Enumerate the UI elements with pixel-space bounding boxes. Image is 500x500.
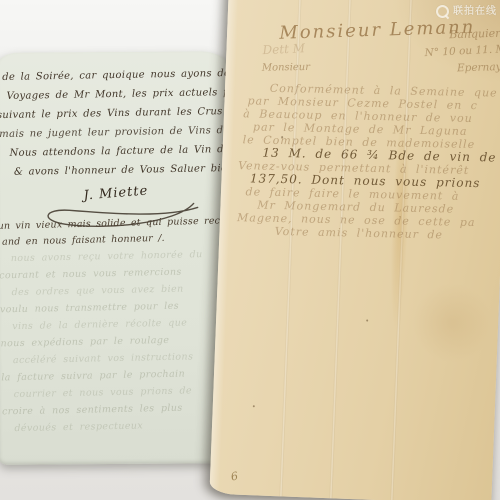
recipient-title: Banquier bbox=[449, 27, 500, 42]
left-letter-postscript: un vin vieux mais solide et qui puisse r… bbox=[0, 213, 233, 251]
show-through-text: Dett M bbox=[262, 41, 305, 57]
ink-speck bbox=[366, 320, 368, 322]
left-letter-body: de la Soirée, car quoique nous ayons don… bbox=[0, 64, 233, 182]
magnifier-icon bbox=[436, 5, 450, 19]
fold-crease bbox=[329, 0, 352, 498]
left-letter-page: de la Soirée, car quoique nous ayons don… bbox=[0, 51, 233, 465]
watermark-label: 联拍在线 bbox=[453, 7, 497, 17]
show-through-text: nous avons reçu votre honorée du courant… bbox=[0, 246, 233, 438]
letter-line: & avons l'honneur de Vous Saluer bien pa… bbox=[0, 159, 233, 182]
photograph-of-letters: de la Soirée, car quoique nous ayons don… bbox=[0, 0, 500, 500]
ghost-line: dévoués et respectueux bbox=[2, 416, 232, 438]
city-line: Epernay bbox=[457, 61, 500, 74]
salutation: Monsieur bbox=[262, 62, 310, 74]
ink-speck bbox=[253, 405, 255, 407]
right-letter-page: Monsieur Lemann Banquier Dett M N° 10 ou… bbox=[209, 0, 500, 500]
right-letter-body: Conformément à la Semaine que par Monsie… bbox=[237, 81, 500, 243]
watermark: 联拍在线 bbox=[436, 5, 497, 19]
fold-crease bbox=[279, 0, 302, 496]
stain bbox=[411, 281, 494, 364]
